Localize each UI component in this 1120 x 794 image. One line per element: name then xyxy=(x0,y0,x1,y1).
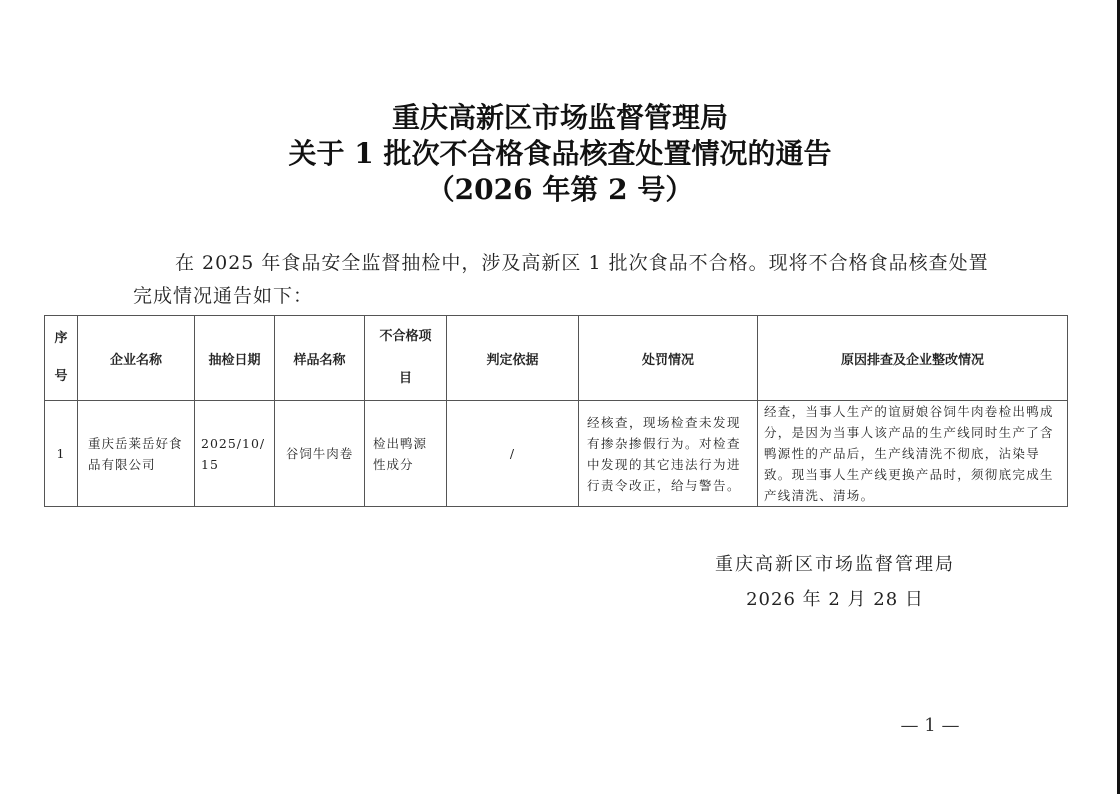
header-reason: 原因排查及企业整改情况 xyxy=(758,316,1068,401)
header-company: 企业名称 xyxy=(78,316,195,401)
cell-date: 2025/10/15 xyxy=(195,401,275,507)
header-basis: 判定依据 xyxy=(447,316,579,401)
table-row: 1 重庆岳莱岳好食品有限公司 2025/10/15 谷饲牛肉卷 检出鸭源性成分 … xyxy=(45,401,1068,507)
header-date: 抽检日期 xyxy=(195,316,275,401)
title-line-agency: 重庆高新区市场监督管理局 xyxy=(0,100,1120,136)
title-line-number: （2026 年第 2 号） xyxy=(0,172,1120,208)
cell-penalty: 经核查，现场检查未发现有掺杂掺假行为。对检查中发现的其它违法行为进行责令改正，给… xyxy=(579,401,758,507)
cell-sample: 谷饲牛肉卷 xyxy=(275,401,365,507)
page-number: — 1 — xyxy=(880,715,980,736)
signature-date: 2026 年 2 月 28 日 xyxy=(680,585,990,611)
cell-failed-item: 检出鸭源性成分 xyxy=(365,401,447,507)
signature-organization: 重庆高新区市场监督管理局 xyxy=(680,550,990,576)
cell-seq: 1 xyxy=(45,401,78,507)
intro-text: 在 2025 年食品安全监督抽检中，涉及高新区 1 批次食品不合格。现将不合格食… xyxy=(133,252,989,307)
document-title: 重庆高新区市场监督管理局 关于 1 批次不合格食品核查处置情况的通告 （2026… xyxy=(0,100,1120,208)
cell-reason: 经查，当事人生产的谊厨娘谷饲牛肉卷检出鸭成分，是因为当事人该产品的生产线同时生产… xyxy=(758,401,1068,507)
header-sample: 样品名称 xyxy=(275,316,365,401)
title-line-subject: 关于 1 批次不合格食品核查处置情况的通告 xyxy=(0,136,1120,172)
header-penalty: 处罚情况 xyxy=(579,316,758,401)
header-seq: 序 号 xyxy=(45,316,78,401)
cell-basis: / xyxy=(447,401,579,507)
inspection-results-table: 序 号 企业名称 抽检日期 样品名称 不合格项 目 判定依据 处罚情况 原因排查… xyxy=(44,315,1068,507)
cell-company: 重庆岳莱岳好食品有限公司 xyxy=(78,401,195,507)
table-header-row: 序 号 企业名称 抽检日期 样品名称 不合格项 目 判定依据 处罚情况 原因排查… xyxy=(45,316,1068,401)
header-failed-item: 不合格项 目 xyxy=(365,316,447,401)
intro-paragraph: 在 2025 年食品安全监督抽检中，涉及高新区 1 批次食品不合格。现将不合格食… xyxy=(133,247,993,313)
